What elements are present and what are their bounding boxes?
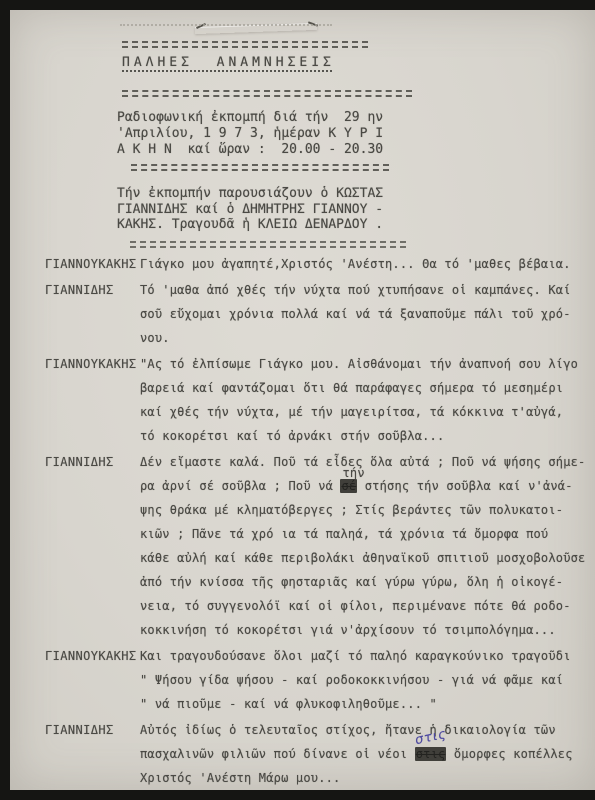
dialogue-entry: ΓΙΑΝΝΙΔΗΣΤό 'μαθα ἀπό χθές τήν νύχτα πού… <box>45 278 590 350</box>
line-text: ὄμορφες κοπέλλες <box>446 747 572 761</box>
text-line: Ραδιοφωνική ἐκπομπή διά τήν 29 ην <box>117 110 383 126</box>
scanned-page: ΠΑΛΗΕΣ ΑΝΑΜΝΗΣΕΙΣ Ραδιοφωνική ἐκπομπή δι… <box>0 0 595 800</box>
dialogue-line: Χριστός 'Ανέστη Μάρω μου... <box>140 766 590 790</box>
handwritten-annotation: στις <box>414 729 448 747</box>
dialogue-line: σοῦ εὔχομαι χρόνια πολλά καί νά τά ξαναπ… <box>140 302 590 326</box>
dialogue-line: Δέν εἴμαστε καλά. Ποῦ τά εἶδες ὅλα αὐτά … <box>140 450 590 474</box>
dialogue-line: κοκκινήση τό κοκορέτσι γιά ν'ἀρχίσουν τό… <box>140 618 590 642</box>
text-line: ΚΑΚΗΣ. Τραγουδᾶ ἡ ΚΛΕΙΩ ΔΕΝΑΡΔΟΥ . <box>117 217 383 233</box>
dialogue-line: τό κοκορέτσι καί τό ἀρνάκι στήν σοῦβλα..… <box>140 424 590 448</box>
dialogue-line: νου. <box>140 326 590 350</box>
divider-double-dashed <box>122 41 368 48</box>
speaker-label: ΓΙΑΝΝΙΔΗΣ <box>45 450 140 642</box>
faint-dotted-rule <box>120 24 332 26</box>
speaker-label: ΓΙΑΝΝΟΥΚΑΚΗΣ <box>45 252 140 276</box>
page-title: ΠΑΛΗΕΣ ΑΝΑΜΝΗΣΕΙΣ <box>122 55 335 70</box>
dialogue-lines: Αὐτός ἰδίως ὁ τελευταῖος στίχος, ἤτανε ἡ… <box>140 718 590 790</box>
text-line: Τήν ἐκπομπήν παρουσιάζουν ὁ ΚΩΣΤΑΣ <box>117 186 383 202</box>
dialogue-line: νεια, τό συγγενολόϊ καί οἱ φίλοι, περιμέ… <box>140 594 590 618</box>
dialogue-lines: "Ας τό ἐλπίσωμε Γιάγκο μου. Αἰσθάνομαι τ… <box>140 352 590 448</box>
typed-correction: τήν <box>342 467 364 479</box>
dialogue-lines: Τό 'μαθα ἀπό χθές τήν νύχτα πού χτυπήσαν… <box>140 278 590 350</box>
dialogue-line: Και τραγουδούσανε ὅλοι μαζί τό παληό καρ… <box>140 644 590 668</box>
speaker-label: ΓΙΑΝΝΙΔΗΣ <box>45 278 140 350</box>
dialogue-line: " Ψήσου γίδα ψήσου - καί ροδοκοκκινήσου … <box>140 668 590 692</box>
dialogue-line: Αὐτός ἰδίως ὁ τελευταῖος στίχος, ἤτανε ἡ… <box>140 718 590 742</box>
dialogue-entry: ΓΙΑΝΝΟΥΚΑΚΗΣΚαι τραγουδούσανε ὅλοι μαζί … <box>45 644 590 716</box>
dialogue-line: Γιάγκο μου ἀγαπητέ,Χριστός 'Ανέστη... Θα… <box>140 252 590 276</box>
speaker-label: ΓΙΑΝΝΟΥΚΑΚΗΣ <box>45 352 140 448</box>
struck-out-word: σέ <box>340 479 357 493</box>
dialogue-lines: Και τραγουδούσανε ὅλοι μαζί τό παληό καρ… <box>140 644 590 716</box>
divider-double-dashed <box>131 164 389 171</box>
dialogue-entry: ΓΙΑΝΝΙΔΗΣΔέν εἴμαστε καλά. Ποῦ τά εἶδες … <box>45 450 590 642</box>
broadcast-info: Ραδιοφωνική ἐκπομπή διά τήν 29 ην'Απριλί… <box>117 110 383 158</box>
speaker-label: ΓΙΑΝΝΙΔΗΣ <box>45 718 140 790</box>
struck-out-word: στις <box>415 747 447 761</box>
dialogue-line: καί χθές τήν νύχτα, μέ τήν μαγειρίτσα, τ… <box>140 400 590 424</box>
correction: σέτήν <box>340 479 357 493</box>
dialogue-line: ρα ἀρνί σέ σοῦβλα ; Ποῦ νά σέτήν στήσης … <box>140 474 590 498</box>
dialogue-entry: ΓΙΑΝΝΟΥΚΑΚΗΣ"Ας τό ἐλπίσωμε Γιάγκο μου. … <box>45 352 590 448</box>
correction: στιςστις <box>415 747 447 761</box>
dialogue-line: κιῶν ; Πᾶνε τά χρό ια τά παληά, τά χρόνι… <box>140 522 590 546</box>
text-line: ΓΙΑΝΝΙΔΗΣ καί ὁ ΔΗΜΗΤΡΗΣ ΓΙΑΝΝΟΥ - <box>117 202 383 218</box>
divider-double-dashed <box>122 90 412 97</box>
text-line: 'Απριλίου, 1 9 7 3, ἡμέραν Κ Υ Ρ Ι <box>117 126 383 142</box>
dialogue: ΓΙΑΝΝΟΥΚΑΚΗΣΓιάγκο μου ἀγαπητέ,Χριστός '… <box>45 252 590 792</box>
dialogue-lines: Γιάγκο μου ἀγαπητέ,Χριστός 'Ανέστη... Θα… <box>140 252 590 276</box>
divider-double-dashed <box>130 241 406 248</box>
line-text: πασχαλινῶν φιλιῶν πού δίνανε οἱ νέοι <box>140 747 415 761</box>
dialogue-entry: ΓΙΑΝΝΟΥΚΑΚΗΣΓιάγκο μου ἀγαπητέ,Χριστός '… <box>45 252 590 276</box>
dialogue-line: "Ας τό ἐλπίσωμε Γιάγκο μου. Αἰσθάνομαι τ… <box>140 352 590 376</box>
dialogue-lines: Δέν εἴμαστε καλά. Ποῦ τά εἶδες ὅλα αὐτά … <box>140 450 590 642</box>
text-line: Α Κ Η Ν καί ὥραν : 20.00 - 20.30 <box>117 142 383 158</box>
dialogue-line: ψης θράκα μέ κληματόβεργες ; Στίς βεράντ… <box>140 498 590 522</box>
dialogue-line: βαρειά καί φαντάζομαι ὅτι θά παράφαγες σ… <box>140 376 590 400</box>
dialogue-line: κάθε αὐλή καί κάθε περιβολάκι ἀθηναϊκοῦ … <box>140 546 590 570</box>
dialogue-line: " νά πιοῦμε - καί νά φλυκοφιληθοῦμε... " <box>140 692 590 716</box>
dialogue-line: ἀπό τήν κνίσσα τῆς φησταριᾶς καί γύρω γύ… <box>140 570 590 594</box>
dialogue-entry: ΓΙΑΝΝΙΔΗΣΑὐτός ἰδίως ὁ τελευταῖος στίχος… <box>45 718 590 790</box>
line-text: στήσης τήν σοῦβλα καί ν'ἀνά- <box>357 479 572 493</box>
line-text: ρα ἀρνί σέ σοῦβλα ; Ποῦ νά <box>140 479 340 493</box>
presenters-info: Τήν ἐκπομπήν παρουσιάζουν ὁ ΚΩΣΤΑΣΓΙΑΝΝΙ… <box>117 186 383 233</box>
dialogue-line: Τό 'μαθα ἀπό χθές τήν νύχτα πού χτυπήσαν… <box>140 278 590 302</box>
speaker-label: ΓΙΑΝΝΟΥΚΑΚΗΣ <box>45 644 140 716</box>
dialogue-line: πασχαλινῶν φιλιῶν πού δίνανε οἱ νέοι στι… <box>140 742 590 766</box>
